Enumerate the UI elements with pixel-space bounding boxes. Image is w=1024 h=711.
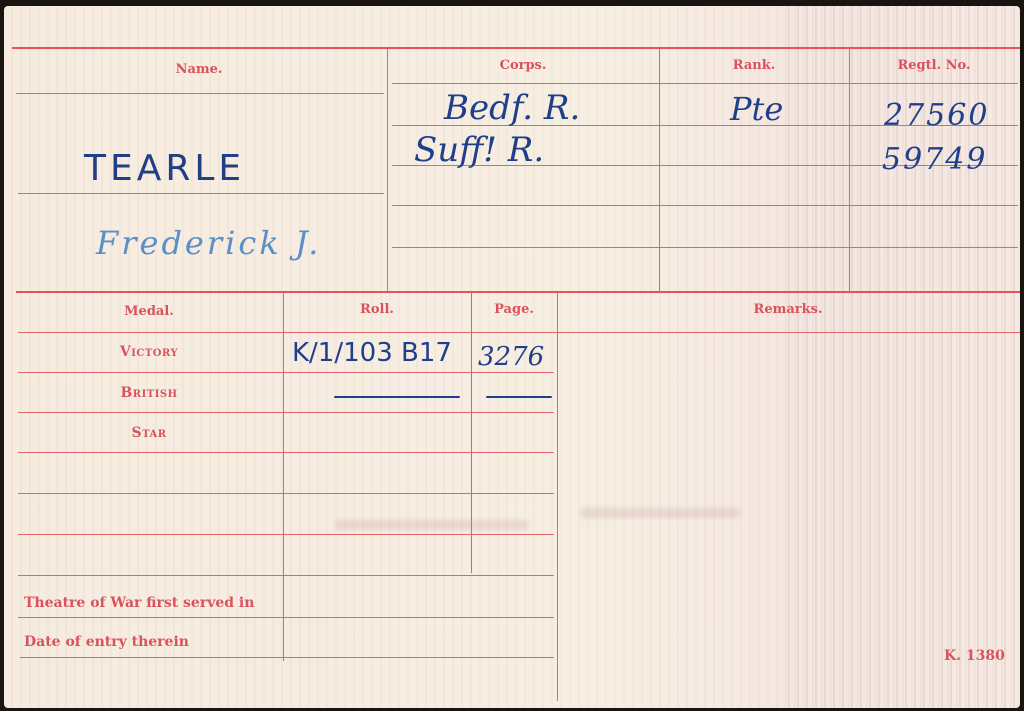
medal-index-card: Name. Corps. Rank. Regtl. No. TEARLE Fre… bbox=[4, 6, 1020, 708]
medal-rule-8 bbox=[18, 617, 554, 618]
header-corps: Corps. bbox=[388, 58, 658, 73]
medal-rule-6 bbox=[18, 534, 554, 535]
medal-victory: Victory bbox=[16, 344, 282, 360]
middle-rule bbox=[16, 291, 1020, 293]
top-rule bbox=[12, 47, 1020, 49]
divider-roll-page bbox=[471, 293, 472, 573]
header-roll: Roll. bbox=[284, 302, 470, 317]
divider-page-remarks bbox=[557, 293, 558, 701]
regtl-no-2: 59749 bbox=[882, 142, 987, 177]
british-roll-ditto bbox=[334, 396, 460, 398]
divider-medal-roll bbox=[283, 293, 284, 661]
header-medal: Medal. bbox=[16, 304, 282, 319]
divider-corps-rank bbox=[659, 49, 660, 291]
form-number: K. 1380 bbox=[944, 648, 1005, 664]
medal-rule-4 bbox=[18, 452, 554, 453]
name-rule-1 bbox=[16, 93, 384, 94]
corps-1: Bedf. R. bbox=[444, 88, 580, 128]
victory-roll: K/1/103 B17 bbox=[292, 338, 452, 368]
smudge-1 bbox=[334, 520, 529, 530]
header-page: Page. bbox=[472, 302, 556, 317]
medal-rule-2 bbox=[18, 372, 554, 373]
header-rank: Rank. bbox=[660, 58, 848, 73]
medal-rule-9 bbox=[20, 657, 554, 658]
date-entry-label: Date of entry therein bbox=[24, 634, 189, 650]
medal-british: British bbox=[16, 385, 282, 401]
header-regtl-no: Regtl. No. bbox=[850, 58, 1018, 73]
header-remarks: Remarks. bbox=[558, 302, 1018, 317]
name-rule-2 bbox=[18, 193, 384, 194]
medal-star: Star bbox=[16, 425, 282, 441]
victory-page: 3276 bbox=[478, 342, 544, 372]
medal-rule-7 bbox=[18, 575, 554, 576]
header-name: Name. bbox=[14, 62, 384, 77]
medal-rule-5 bbox=[18, 493, 554, 494]
surname: TEARLE bbox=[84, 148, 245, 189]
grid-rule-5 bbox=[392, 247, 1018, 248]
grid-rule-4 bbox=[392, 205, 1018, 206]
theatre-label: Theatre of War first served in bbox=[24, 595, 254, 611]
rank: Pte bbox=[730, 90, 783, 128]
corps-2: Suff! R. bbox=[414, 130, 544, 170]
forenames: Frederick J. bbox=[96, 224, 321, 262]
british-page-ditto bbox=[486, 396, 552, 398]
divider-name-corps bbox=[387, 49, 388, 291]
regtl-no-1: 27560 bbox=[884, 98, 989, 133]
grid-rule-1 bbox=[392, 83, 1018, 84]
medal-rule-1 bbox=[18, 332, 1020, 333]
medal-rule-3 bbox=[18, 412, 554, 413]
divider-rank-regtl bbox=[849, 49, 850, 291]
smudge-2 bbox=[580, 508, 740, 518]
